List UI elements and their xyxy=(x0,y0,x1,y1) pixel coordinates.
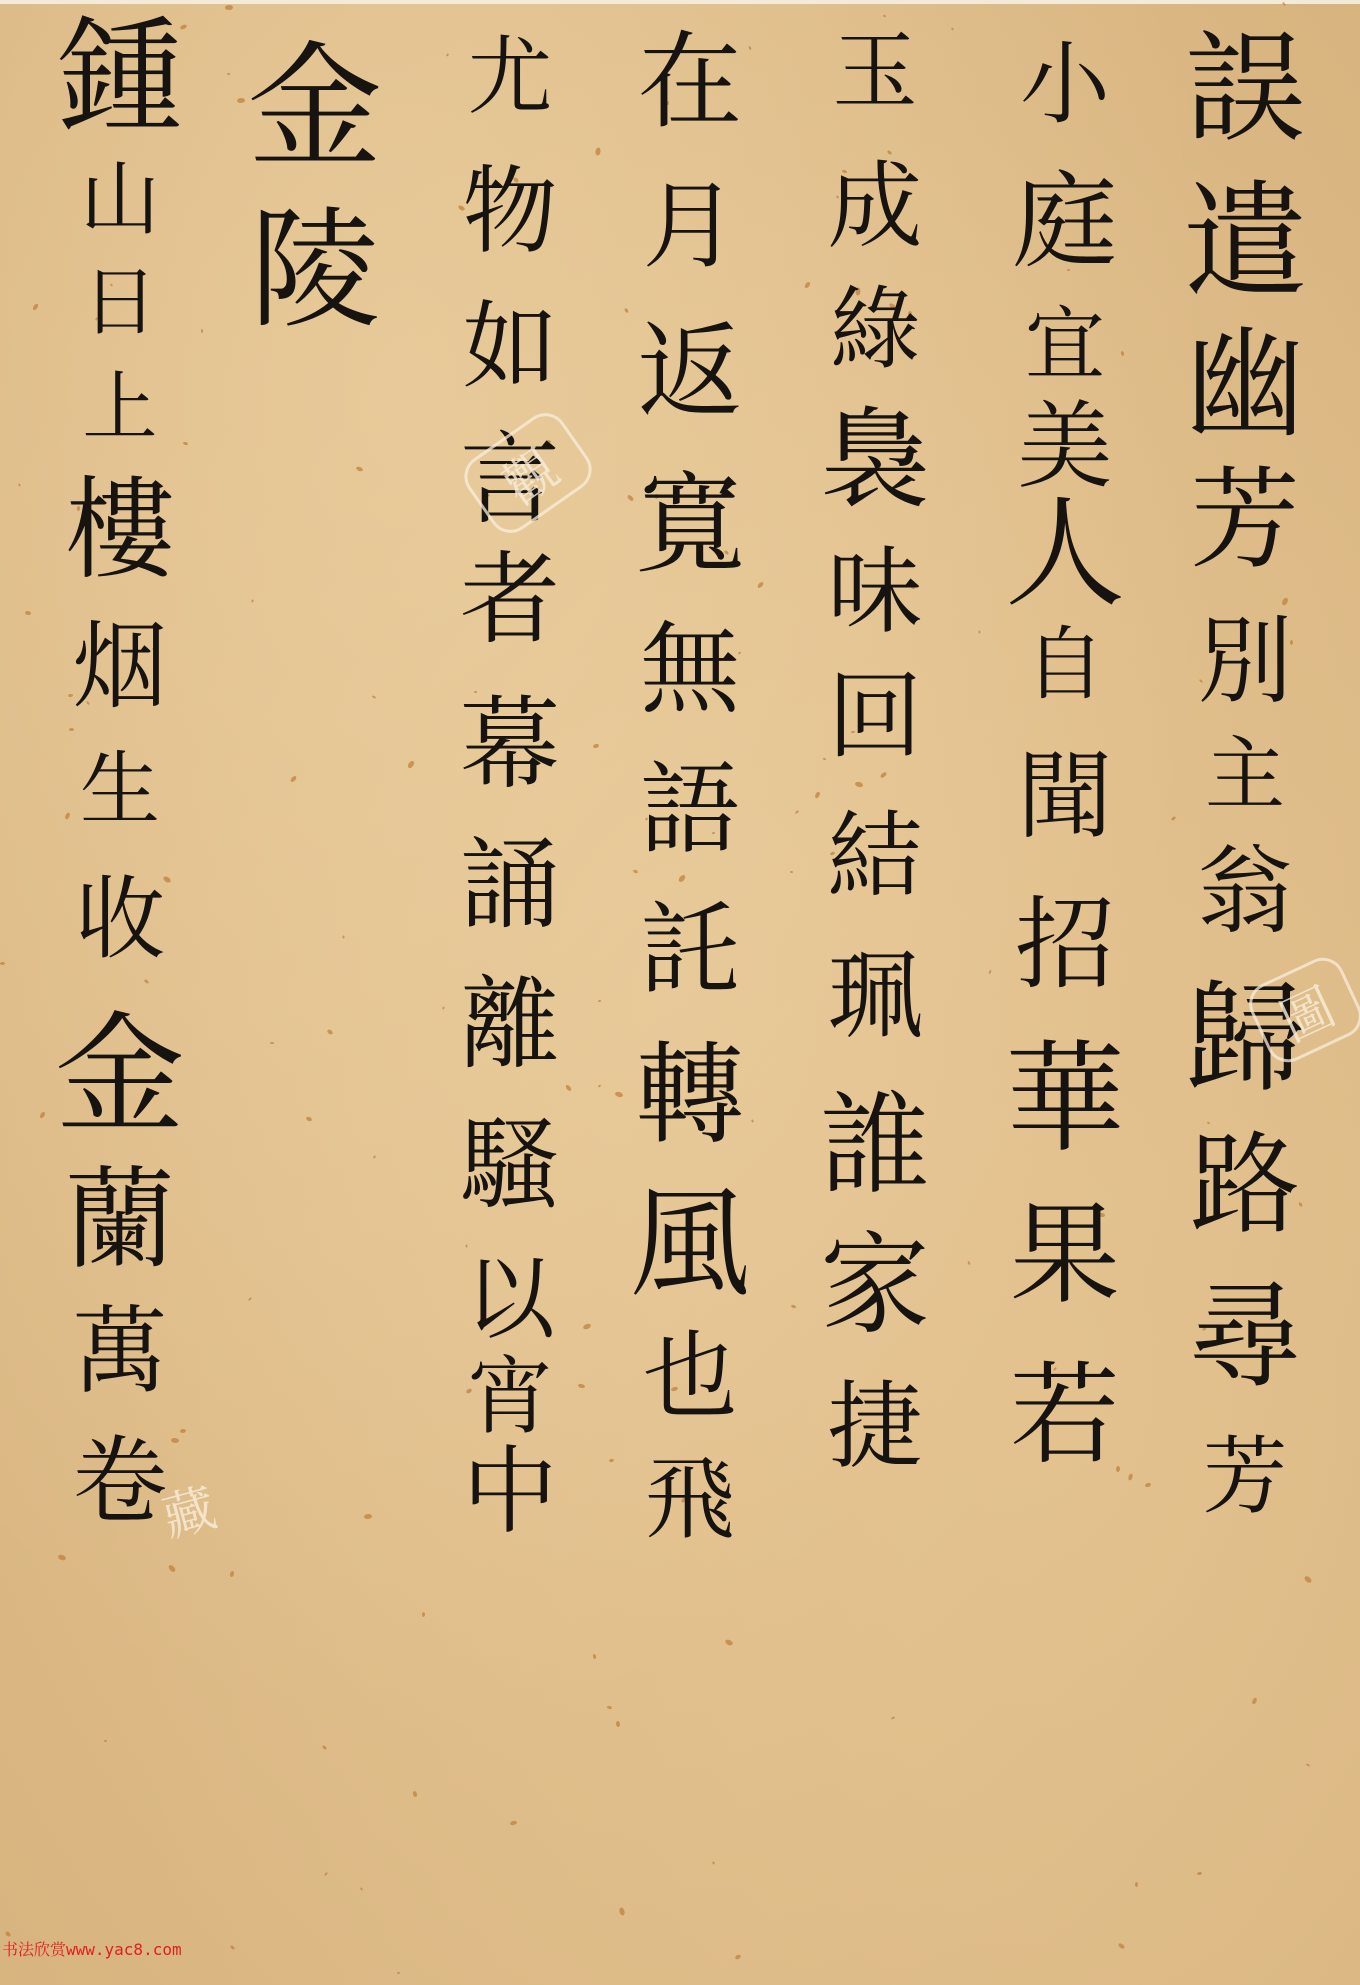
paper-fleck xyxy=(104,1740,107,1743)
char: 聞 xyxy=(1017,750,1112,845)
char: 華 xyxy=(1005,1040,1125,1160)
char: 語 xyxy=(640,760,740,860)
char: 家 xyxy=(820,1230,930,1340)
char: 樓 xyxy=(65,475,175,585)
char: 宵 xyxy=(467,1355,552,1440)
char: 金 xyxy=(55,1010,185,1140)
char: 飛 xyxy=(645,1455,735,1545)
char: 庭 xyxy=(1012,170,1117,275)
char: 幕 xyxy=(460,695,560,795)
paper-fleck xyxy=(270,1042,274,1044)
char: 託 xyxy=(640,900,740,1000)
calligraphy-column-1: 誤 遣 幽 芳 別 主 翁 歸 路 尋 芳 xyxy=(1145,30,1345,1520)
char: 尋 xyxy=(1187,1280,1302,1395)
char: 日 xyxy=(82,265,157,340)
char: 綠 xyxy=(830,285,920,375)
char: 果 xyxy=(1010,1200,1120,1310)
char: 小 xyxy=(1020,40,1110,130)
char: 如 xyxy=(462,300,557,395)
char: 幽 xyxy=(1185,325,1305,445)
char: 無 xyxy=(640,620,740,720)
char: 美 xyxy=(1017,400,1112,495)
char: 也 xyxy=(642,1330,737,1425)
paper-fleck xyxy=(342,935,344,938)
char: 中 xyxy=(462,1445,557,1540)
char: 以 xyxy=(465,1255,555,1345)
char: 遣 xyxy=(1183,180,1308,305)
char: 返 xyxy=(637,320,742,425)
char: 鍾 xyxy=(58,15,183,140)
char: 成 xyxy=(827,160,922,255)
char: 寬 xyxy=(635,470,745,580)
char: 萬 xyxy=(72,1305,167,1400)
char: 別 xyxy=(1197,615,1292,710)
char: 生 xyxy=(80,750,160,830)
char: 風 xyxy=(630,1185,750,1305)
char: 在 xyxy=(637,30,742,135)
char: 蘭 xyxy=(65,1165,175,1275)
char: 路 xyxy=(1190,1130,1300,1240)
paper-fleck xyxy=(1135,1882,1138,1887)
char: 離 xyxy=(460,975,560,1075)
char: 捷 xyxy=(827,1380,922,1475)
char: 珮 xyxy=(827,950,922,1045)
char: 誤 xyxy=(1185,30,1305,150)
char: 烟 xyxy=(72,620,167,715)
char: 轉 xyxy=(635,1040,745,1150)
char: 味 xyxy=(827,545,922,640)
paper-fleck xyxy=(0,962,5,965)
calligraphy-column-5: 尤 物 如 言 者 幕 誦 離 騷 以 宵 中 xyxy=(410,35,610,1540)
char: 上 xyxy=(82,370,157,445)
calligraphy-column-4: 在 月 返 寬 無 語 託 轉 風 也 飛 xyxy=(590,30,790,1545)
char: 月 xyxy=(642,180,737,275)
char: 玉 xyxy=(832,30,917,115)
char: 若 xyxy=(1010,1360,1120,1470)
calligraphy-column-2: 小 庭 宜 美 人 自 聞 招 華 果 若 xyxy=(965,40,1165,1470)
char: 回 xyxy=(827,670,922,765)
char: 裊 xyxy=(820,405,930,515)
char: 金 xyxy=(248,40,383,175)
calligraphy-column-3: 玉 成 綠 裊 味 回 結 珮 誰 家 捷 xyxy=(775,30,975,1475)
char: 芳 xyxy=(1190,465,1300,575)
char: 自 xyxy=(1025,625,1105,705)
site-watermark: 书法欣赏www.yac8.com xyxy=(2,1937,182,1960)
scroll-top-edge xyxy=(0,0,1360,4)
char: 人 xyxy=(1005,495,1125,615)
char: 招 xyxy=(1015,895,1115,995)
calligraphy-column-7: 鍾 山 日 上 樓 烟 生 收 金 蘭 萬 卷 xyxy=(20,15,220,1530)
char: 尤 xyxy=(467,35,552,120)
calligraphy-column-6: 金 陵 xyxy=(215,40,415,335)
char: 宜 xyxy=(1025,305,1105,385)
char: 收 xyxy=(75,875,165,965)
char: 物 xyxy=(462,165,557,260)
char: 陵 xyxy=(250,205,380,335)
char: 騷 xyxy=(460,1115,560,1215)
char: 芳 xyxy=(1202,1435,1287,1520)
char: 誰 xyxy=(820,1090,930,1200)
char: 者 xyxy=(460,550,560,650)
paper-fleck xyxy=(397,1972,400,1974)
char: 主 xyxy=(1205,735,1285,815)
char: 誦 xyxy=(460,835,560,935)
char: 翁 xyxy=(1197,845,1292,940)
char: 山 xyxy=(80,160,160,240)
char: 結 xyxy=(827,810,922,905)
